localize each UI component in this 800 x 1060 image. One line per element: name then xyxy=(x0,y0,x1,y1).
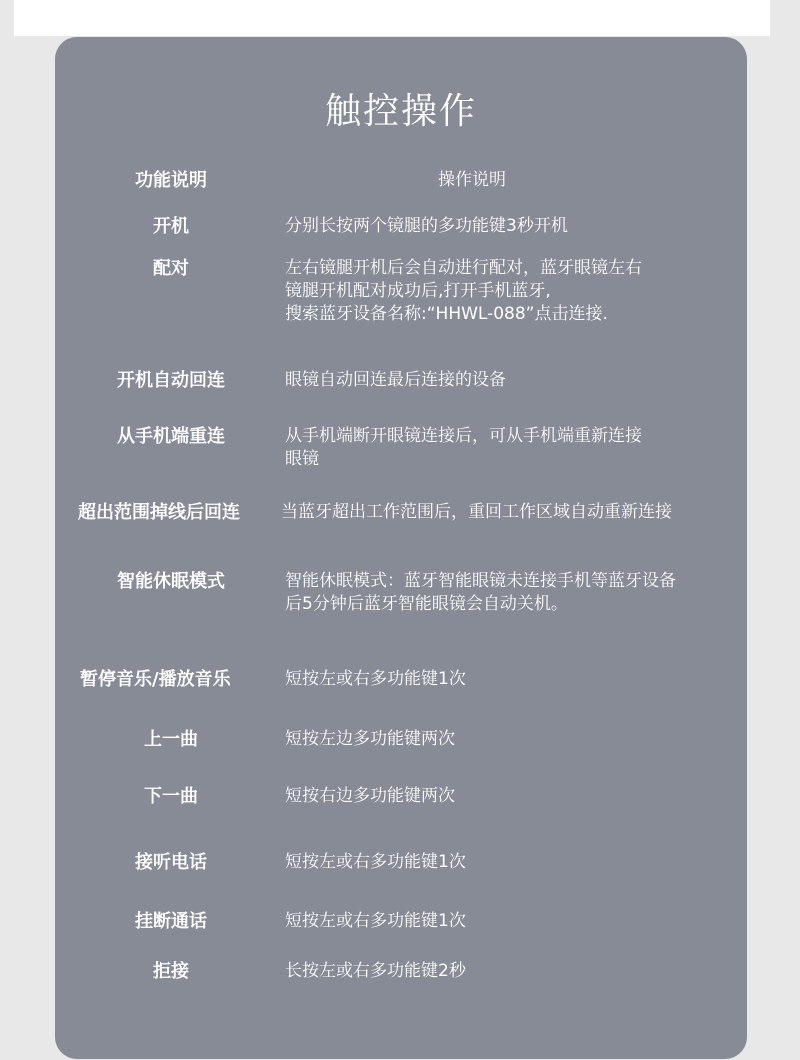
operation-text: 当蓝牙超出工作范围后，重回工作区域自动重新连接 xyxy=(281,501,747,524)
operation-text: 短按左边多功能键两次 xyxy=(285,728,745,751)
function-label: 暂停音乐/播放音乐 xyxy=(80,668,270,692)
operation-text: 短按左或右多功能键1次 xyxy=(285,668,745,691)
touch-controls-card: 触控操作 功能说明 操作说明 开机 分别长按两个镜腿的多功能键3秒开机 配对 左… xyxy=(55,37,747,1059)
function-label: 智能休眠模式 xyxy=(55,570,287,594)
function-label: 接听电话 xyxy=(55,851,287,875)
function-label: 配对 xyxy=(55,257,287,281)
function-label: 从手机端重连 xyxy=(55,425,287,449)
operation-text: 分别长按两个镜腿的多功能键3秒开机 xyxy=(285,215,745,238)
header-function: 功能说明 xyxy=(55,169,287,193)
function-label: 下一曲 xyxy=(55,785,287,809)
top-white-strip xyxy=(14,0,770,36)
operation-text: 从手机端断开眼镜连接后，可从手机端重新连接 眼镜 xyxy=(285,425,745,471)
function-label: 上一曲 xyxy=(55,728,287,752)
operation-text: 智能休眠模式：蓝牙智能眼镜未连接手机等蓝牙设备 后5分钟后蓝牙智能眼镜会自动关机… xyxy=(285,570,745,616)
operation-text: 左右镜腿开机后会自动进行配对，蓝牙眼镜左右 镜腿开机配对成功后,打开手机蓝牙, … xyxy=(285,257,745,326)
operation-text: 眼镜自动回连最后连接的设备 xyxy=(285,369,745,392)
operation-text: 短按右边多功能键两次 xyxy=(285,785,745,808)
function-label: 开机 xyxy=(55,215,287,239)
function-label: 开机自动回连 xyxy=(55,369,287,393)
function-label: 挂断通话 xyxy=(55,910,287,934)
operation-text: 短按左或右多功能键1次 xyxy=(285,851,745,874)
header-operation: 操作说明 xyxy=(287,169,657,192)
operation-text: 长按左或右多功能键2秒 xyxy=(285,960,745,983)
function-label: 拒接 xyxy=(55,960,287,984)
function-label: 超出范围掉线后回连 xyxy=(78,501,278,525)
operation-text: 短按左或右多功能键1次 xyxy=(285,910,745,933)
page-title: 触控操作 xyxy=(55,83,747,134)
